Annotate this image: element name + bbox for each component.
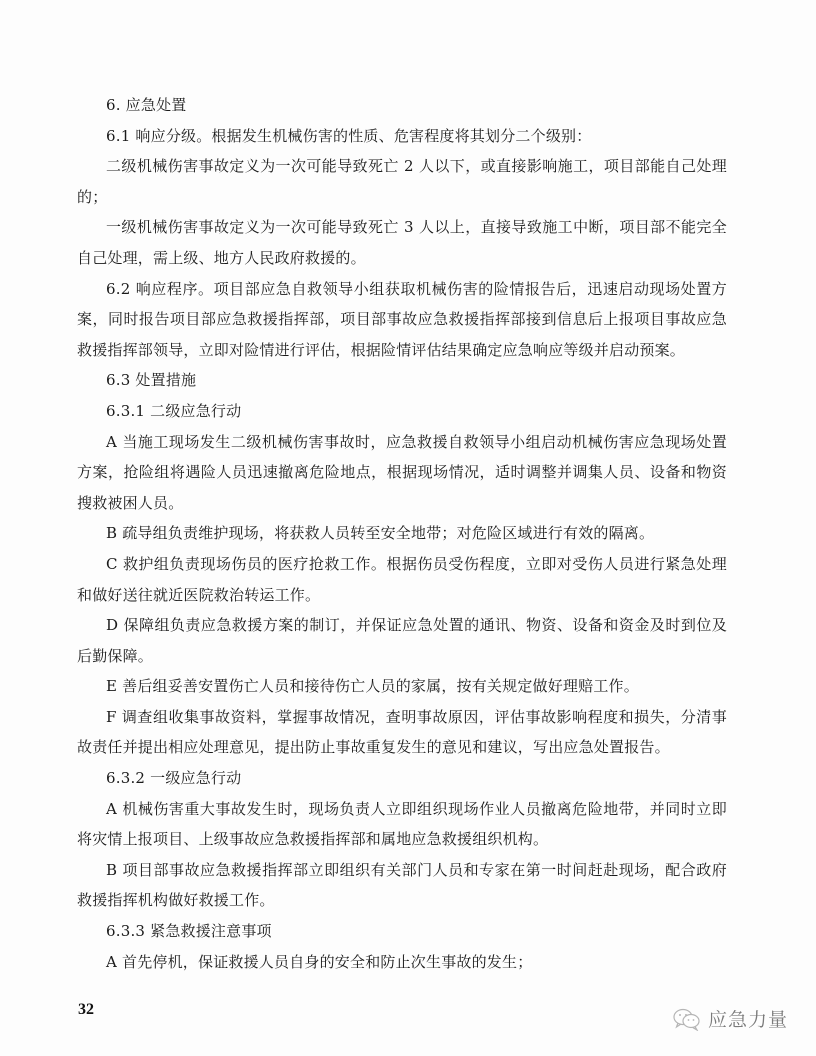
paragraph: A 首先停机，保证救援人员自身的安全和防止次生事故的发生； [77, 947, 727, 978]
paragraph: 6.2 响应程序。项目部应急自救领导小组获取机械伤害的险情报告后，迅速启动现场处… [77, 274, 727, 366]
subsection-heading: 6.3.1 二级应急行动 [77, 396, 727, 427]
section-heading: 6. 应急处置 [77, 90, 727, 121]
paragraph: C 救护组负责现场伤员的医疗抢救工作。根据伤员受伤程度，立即对受伤人员进行紧急处… [77, 549, 727, 610]
watermark: 应急力量 [672, 1005, 788, 1032]
wechat-icon [672, 1007, 702, 1031]
paragraph: E 善后组妥善安置伤亡人员和接待伤亡人员的家属，按有关规定做好理赔工作。 [77, 671, 727, 702]
paragraph: 二级机械伤害事故定义为一次可能导致死亡 2 人以下，或直接影响施工，项目部能自己… [77, 151, 727, 212]
paragraph: B 项目部事故应急救援指挥部立即组织有关部门人员和专家在第一时间赶赴现场，配合政… [77, 855, 727, 916]
paragraph: D 保障组负责应急救援方案的制订，并保证应急处置的通讯、物资、设备和资金及时到位… [77, 610, 727, 671]
document-page: 6. 应急处置 6.1 响应分级。根据发生机械伤害的性质、危害程度将其划分二个级… [0, 0, 816, 1056]
subsection-heading: 6.3.2 一级应急行动 [77, 763, 727, 794]
paragraph: 6.1 响应分级。根据发生机械伤害的性质、危害程度将其划分二个级别： [77, 121, 727, 152]
watermark-text: 应急力量 [708, 1005, 788, 1032]
paragraph: A 机械伤害重大事故发生时，现场负责人立即组织现场作业人员撤离危险地带，并同时立… [77, 794, 727, 855]
paragraph: B 疏导组负责维护现场，将获救人员转至安全地带；对危险区域进行有效的隔离。 [77, 518, 727, 549]
paragraph: 一级机械伤害事故定义为一次可能导致死亡 3 人以上，直接导致施工中断，项目部不能… [77, 212, 727, 273]
section-heading: 6.3 处置措施 [77, 365, 727, 396]
paragraph: A 当施工现场发生二级机械伤害事故时，应急救援自救领导小组启动机械伤害应急现场处… [77, 427, 727, 519]
paragraph: F 调查组收集事故资料，掌握事故情况，查明事故原因，评估事故影响程度和损失，分清… [77, 702, 727, 763]
subsection-heading: 6.3.3 紧急救援注意事项 [77, 916, 727, 947]
document-body: 6. 应急处置 6.1 响应分级。根据发生机械伤害的性质、危害程度将其划分二个级… [77, 90, 727, 977]
page-number: 32 [78, 1001, 94, 1019]
